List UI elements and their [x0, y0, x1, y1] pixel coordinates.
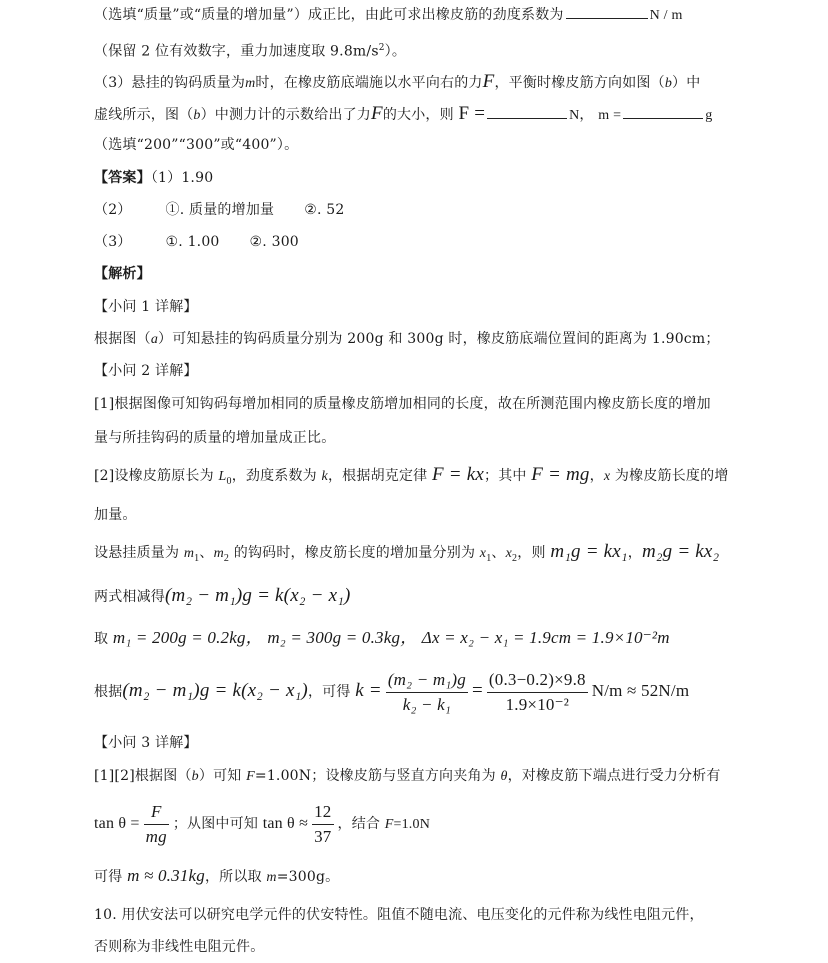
document-page: （选填“质量”或“质量的增加量”）成正比，由此可求出橡皮筋的劲度系数为N / m… [0, 0, 828, 963]
math-var: m [184, 546, 194, 561]
answer-blank-F [487, 104, 567, 119]
math-var: m [214, 546, 224, 561]
denominator: mg [144, 825, 169, 848]
text: ，所以取 [205, 869, 266, 885]
math-eq: k = [355, 680, 382, 701]
math-eq: (m₂ − m₁)g = k(x₂ − x₁) [122, 680, 308, 701]
text: [1]根据图像可知钩码每增加相同的质量橡皮筋增加相同的长度，故在所测范围内橡皮筋… [94, 396, 711, 412]
answer-part: （3） [94, 234, 132, 250]
figure-ref: b [193, 108, 200, 123]
text: =1.0N [394, 817, 431, 832]
text: 可得 [94, 869, 127, 885]
text: 取 [94, 631, 113, 647]
text: ）。 [385, 44, 406, 60]
text: 根据图（ [94, 331, 151, 347]
numerator: (0.3−0.2)×9.8 [487, 669, 588, 693]
sub2-p2-line2: 加量。 [94, 505, 728, 525]
unit-text: N， [569, 108, 594, 123]
math-eq: = [472, 680, 483, 701]
text: ，结合 [338, 816, 385, 832]
text: ）可知 [199, 768, 246, 784]
math-eq: (m₂ − m₁)g = k(x₂ − x₁) [165, 585, 351, 606]
text: 10. 用伏安法可以研究电学元件的伏安特性。阻值不随电流、电压变化的元件称为线性… [94, 907, 704, 923]
q9-part3-line1: （3）悬挂的钩码质量为m时，在橡皮筋底端施以水平向右的力F，平衡时橡皮筋方向如图… [94, 72, 728, 94]
numerator: (m₂ − m₁)g [386, 669, 468, 693]
math-var: m [245, 76, 255, 91]
denominator: 1.9×10⁻² [487, 693, 588, 716]
answer-blank-m [623, 104, 703, 119]
text: （选填“质量”或“质量的增加量”）成正比，由此可求出橡皮筋的劲度系数为 [94, 7, 564, 23]
heading: 【小问 1 详解】 [94, 299, 198, 315]
answer-value: ①. 质量的增加量 [166, 202, 275, 218]
text: ；从图中可知 [173, 816, 263, 832]
text: ，平衡时橡皮筋方向如图（ [494, 75, 664, 91]
analysis-label: 【解析】 [94, 264, 728, 284]
sub2-p1-line2: 量与所挂钩码的质量的增加量成正比。 [94, 428, 728, 448]
answer-blank-k [566, 4, 648, 19]
text: 的大小，则 [383, 107, 454, 123]
fraction: 1237 [312, 801, 333, 848]
q10-line2: 否则称为非线性电阻元件。 [94, 937, 728, 957]
sub3-p1: [1][2]根据图（b）可知 F=1.00N；设橡皮筋与竖直方向夹角为 θ，对橡… [94, 766, 728, 787]
math-eq: m₁g = kx₁ [550, 541, 627, 562]
math-eq: tan θ = [94, 815, 140, 832]
math-eq: m₂g = kx₂ [642, 541, 719, 562]
text: 的钩码时，橡皮筋长度的增加量分别为 [229, 545, 480, 561]
q9-part3-line3: （选填“200”“300”或“400”）。 [94, 135, 728, 155]
text: 为橡皮筋长度的增 [610, 468, 728, 484]
text: 设悬挂质量为 [94, 545, 184, 561]
text: 、 [491, 545, 505, 561]
math-eq: tan θ ≈ [263, 815, 308, 832]
fraction: Fmg [144, 801, 169, 848]
q10-line1: 10. 用伏安法可以研究电学元件的伏安特性。阻值不随电流、电压变化的元件称为线性… [94, 905, 728, 925]
numerator: F [144, 801, 169, 825]
fraction: (0.3−0.2)×9.81.9×10⁻² [487, 669, 588, 716]
text: ，劲度系数为 [232, 468, 322, 484]
sub3-p2: tan θ =Fmg；从图中可知 tan θ ≈1237，结合 F=1.0N [94, 800, 728, 848]
answer-value: ②. 52 [304, 202, 344, 218]
sub2-heading: 【小问 2 详解】 [94, 361, 728, 381]
answer-part: （1） [151, 170, 182, 186]
text: ）可知悬挂的钩码质量分别为 200g 和 300g 时，橡皮筋底端位置间的距离为… [158, 331, 720, 347]
math-eq: F = [458, 103, 485, 124]
unit-text: g [705, 108, 712, 123]
unit-text: N / m [650, 8, 683, 23]
text: 加量。 [94, 507, 137, 523]
text: =300g。 [277, 869, 340, 885]
figure-ref: a [151, 332, 158, 347]
math-eq: m ≈ 0.31kg [127, 866, 205, 885]
math-var: θ [501, 769, 508, 784]
answer-part: （2） [94, 202, 132, 218]
text: 时，在橡皮筋底端施以水平向右的力 [255, 75, 482, 91]
math-eq: F = kx [432, 464, 484, 485]
answer-label: 【答案】 [94, 170, 151, 186]
text: 否则称为非线性电阻元件。 [94, 939, 264, 955]
text: 量与所挂钩码的质量的增加量成正比。 [94, 430, 335, 446]
sub3-heading: 【小问 3 详解】 [94, 733, 728, 753]
figure-ref: b [665, 76, 672, 91]
math-var: F [371, 103, 383, 124]
q9-part3-line2: 虚线所示，图（b）中测力计的示数给出了力F的大小，则 F =N， m =g [94, 104, 728, 126]
answer-value: ②. 300 [250, 234, 299, 250]
text: 根据 [94, 684, 122, 700]
math-var: F [483, 71, 495, 92]
sub1-text: 根据图（a）可知悬挂的钩码质量分别为 200g 和 300g 时，橡皮筋底端位置… [94, 329, 728, 350]
sub2-p3: 设悬挂质量为 m1、m2 的钩码时，橡皮筋长度的增加量分别为 x1、x2，则 m… [94, 542, 728, 569]
text: ，则 [517, 545, 550, 561]
sub1-heading: 【小问 1 详解】 [94, 297, 728, 317]
denominator: k₂ − k₁ [386, 693, 468, 716]
text: ，对橡皮筋下端点进行受力分析有 [508, 768, 721, 784]
text: ）中测力计的示数给出了力 [201, 107, 371, 123]
denominator: 37 [312, 825, 333, 848]
text: （保留 2 位有效数字，重力加速度取 9.8m/s [94, 44, 379, 60]
sub2-p6: 根据(m₂ − m₁)g = k(x₂ − x₁)，可得 k =(m₂ − m₁… [94, 668, 728, 714]
text: （选填“200”“300”或“400”）。 [94, 137, 298, 153]
text: =1.00N；设橡皮筋与竖直方向夹角为 [255, 768, 501, 784]
text: [1][2]根据图（ [94, 768, 192, 784]
math-var: F [385, 817, 394, 832]
answer-line-1: 【答案】（1）1.90 [94, 168, 728, 188]
text: [2]设橡皮筋原长为 [94, 468, 218, 484]
sub3-p3: 可得 m ≈ 0.31kg，所以取 m=300g。 [94, 866, 728, 888]
text: ， [628, 545, 642, 561]
math-var: F [246, 769, 255, 784]
math-eq: m₁ = 200g = 0.2kg， m₂ = 300g = 0.3kg， Δx… [113, 628, 670, 647]
sub2-p2-line1: [2]设橡皮筋原长为 L0，劲度系数为 k，根据胡克定律 F = kx；其中 F… [94, 465, 728, 492]
text: ， [590, 468, 604, 484]
answer-value: ①. 1.00 [166, 234, 220, 250]
answer-line-2: （2）①. 质量的增加量②. 52 [94, 200, 728, 220]
math-eq: F = mg [531, 464, 589, 485]
answer-value: 1.90 [181, 170, 213, 186]
fraction: (m₂ − m₁)gk₂ − k₁ [386, 669, 468, 716]
math-eq: m = [598, 108, 621, 123]
text: 两式相减得 [94, 589, 165, 605]
sub2-p1-line1: [1]根据图像可知钩码每增加相同的质量橡皮筋增加相同的长度，故在所测范围内橡皮筋… [94, 394, 728, 414]
text: ）中 [672, 75, 700, 91]
heading: 【小问 2 详解】 [94, 363, 198, 379]
numerator: 12 [312, 801, 333, 825]
text: 、 [199, 545, 213, 561]
text: ，可得 [308, 684, 355, 700]
sub2-p5: 取 m₁ = 200g = 0.2kg， m₂ = 300g = 0.3kg， … [94, 628, 728, 649]
sub2-p4: 两式相减得(m₂ − m₁)g = k(x₂ − x₁) [94, 586, 728, 607]
text: ，根据胡克定律 [328, 468, 432, 484]
text: 虚线所示，图（ [94, 107, 193, 123]
figure-ref: b [192, 769, 199, 784]
result-text: N/m ≈ 52N/m [592, 681, 689, 700]
heading: 【解析】 [94, 266, 151, 282]
text: ；其中 [484, 468, 531, 484]
answer-line-3: （3）①. 1.00②. 300 [94, 232, 728, 252]
text: （3）悬挂的钩码质量为 [94, 75, 245, 91]
heading: 【小问 3 详解】 [94, 735, 198, 751]
q9-part2-line2: （保留 2 位有效数字，重力加速度取 9.8m/s2）。 [94, 38, 728, 62]
q9-part2-line1: （选填“质量”或“质量的增加量”）成正比，由此可求出橡皮筋的劲度系数为N / m [94, 4, 728, 26]
math-var: m [266, 870, 276, 885]
